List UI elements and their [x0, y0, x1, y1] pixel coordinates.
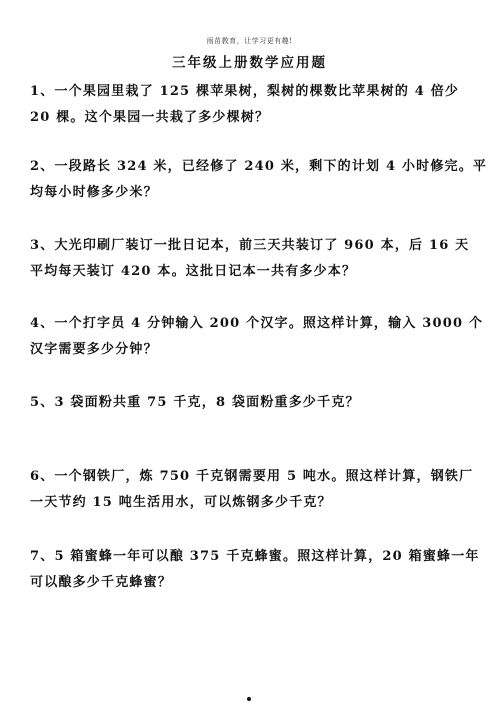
question-line: 可以酿多少千克蜂蜜？: [30, 570, 472, 596]
question-6: 6、一个钢铁厂，炼 750 千克钢需要用 5 吨水。照这样计算，钢铁厂 一天节约…: [30, 464, 472, 516]
question-line: 20 棵。这个果园一共栽了多少棵树？: [30, 105, 472, 131]
question-line: 平均每天装订 420 本。这批日记本一共有多少本？: [30, 259, 472, 285]
question-line: 5、3 袋面粉共重 75 千克，8 袋面粉重多少千克？: [30, 390, 472, 416]
question-line: 7、5 箱蜜蜂一年可以酿 375 千克蜂蜜。照这样计算，20 箱蜜蜂一年: [30, 544, 472, 570]
question-2: 2、一段路长 324 米，已经修了 240 米，剩下的计划 4 小时修完。平 均…: [30, 154, 472, 206]
watermark-header: 雨苗教育，让学习更有趣!: [0, 36, 499, 46]
question-5: 5、3 袋面粉共重 75 千克，8 袋面粉重多少千克？: [30, 390, 472, 416]
question-4: 4、一个打字员 4 分钟输入 200 个汉字。照这样计算，输入 3000 个 汉…: [30, 311, 472, 363]
question-line: 均每小时修多少米？: [30, 180, 472, 206]
question-line: 1、一个果园里栽了 125 棵苹果树，梨树的棵数比苹果树的 4 倍少: [30, 79, 472, 105]
question-1: 1、一个果园里栽了 125 棵苹果树，梨树的棵数比苹果树的 4 倍少 20 棵。…: [30, 79, 472, 131]
question-line: 汉字需要多少分钟？: [30, 337, 472, 363]
question-line: 6、一个钢铁厂，炼 750 千克钢需要用 5 吨水。照这样计算，钢铁厂: [30, 464, 472, 490]
question-line: 2、一段路长 324 米，已经修了 240 米，剩下的计划 4 小时修完。平: [30, 154, 472, 180]
question-line: 一天节约 15 吨生活用水，可以炼钢多少千克？: [30, 490, 472, 516]
page-marker-dot: [247, 697, 251, 701]
question-line: 3、大光印刷厂装订一批日记本，前三天共装订了 960 本，后 16 天: [30, 233, 472, 259]
question-7: 7、5 箱蜜蜂一年可以酿 375 千克蜂蜜。照这样计算，20 箱蜜蜂一年 可以酿…: [30, 544, 472, 596]
question-3: 3、大光印刷厂装订一批日记本，前三天共装订了 960 本，后 16 天 平均每天…: [30, 233, 472, 285]
page-title: 三年级上册数学应用题: [0, 51, 499, 71]
question-line: 4、一个打字员 4 分钟输入 200 个汉字。照这样计算，输入 3000 个: [30, 311, 472, 337]
